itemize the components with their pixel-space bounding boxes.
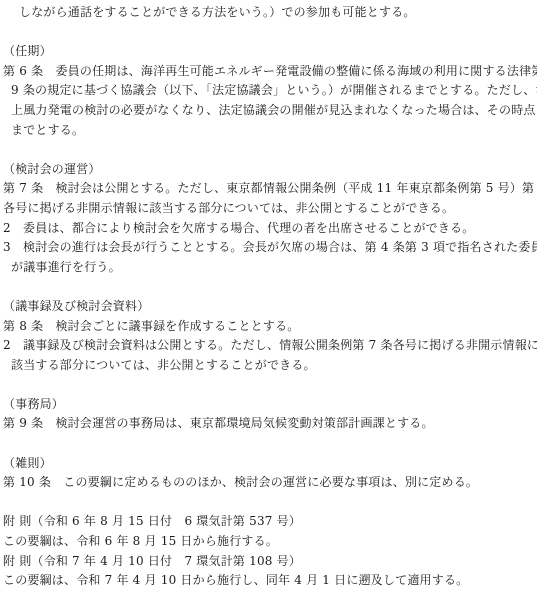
article-7-item-2: 2 委員は、都合により検討会を欠席する場合、代理の者を出席させることができる。 [3,219,537,239]
article-6-line-2: 9 条の規定に基づく協議会（以下、「法定協議会」という。）が開催されるまでとする… [3,81,537,101]
article-7-line-2: 各号に掲げる非開示情報に該当する部分については、非公開とすることができる。 [3,199,537,219]
supplementary-provision-1-text: この要綱は、令和 6 年 8 月 15 日から施行する。 [3,532,537,552]
supplementary-provision-2-text: この要綱は、令和 7 年 4 月 10 日から施行し、同年 4 月 1 日に遡及… [3,571,537,591]
section-heading-term: （任期） [3,42,537,62]
document-page: しながら通話をすることができる方法をいう。）での参加も可能とする。 （任期） 第… [0,0,540,592]
section-heading-minutes-materials: （議事録及び検討会資料） [3,297,537,317]
article-6-line-3: 上風力発電の検討の必要がなくなり、法定協議会の開催が見込まれなくなった場合は、そ… [3,101,537,121]
supplementary-provision-1-title: 附 則（令和 6 年 8 月 15 日付 6 環気計第 537 号） [3,512,537,532]
section-heading-secretariat: （事務局） [3,395,537,415]
article-7-line-1: 第 7 条 検討会は公開とする。ただし、東京都情報公開条例（平成 11 年東京都… [3,179,537,199]
section-heading-miscellaneous: （雑則） [3,454,537,474]
article-6-line-1: 第 6 条 委員の任期は、海洋再生可能エネルギー発電設備の整備に係る海域の利用に… [3,62,537,82]
paragraph-continuation-line: しながら通話をすることができる方法をいう。）での参加も可能とする。 [3,3,537,23]
section-heading-committee-operation: （検討会の運営） [3,160,537,180]
article-7-item-3-line-2: が議事進行を行う。 [3,258,537,278]
article-8-line-1: 第 8 条 検討会ごとに議事録を作成することとする。 [3,317,537,337]
article-9-line-1: 第 9 条 検討会運営の事務局は、東京都環境局気候変動対策部計画課とする。 [3,414,537,434]
article-8-item-2-line-2: 該当する部分については、非公開とすることができる。 [3,356,537,376]
article-10-line-1: 第 10 条 この要綱に定めるもののほか、検討会の運営に必要な事項は、別に定める… [3,473,537,493]
article-8-item-2-line-1: 2 議事録及び検討会資料は公開とする。ただし、情報公開条例第 7 条各号に掲げる… [3,336,537,356]
article-7-item-3-line-1: 3 検討会の進行は会長が行うこととする。会長が欠席の場合は、第 4 条第 3 項… [3,238,537,258]
article-6-line-4: までとする。 [3,121,537,141]
supplementary-provision-2-title: 附 則（令和 7 年 4 月 10 日付 7 環気計第 108 号） [3,552,537,572]
